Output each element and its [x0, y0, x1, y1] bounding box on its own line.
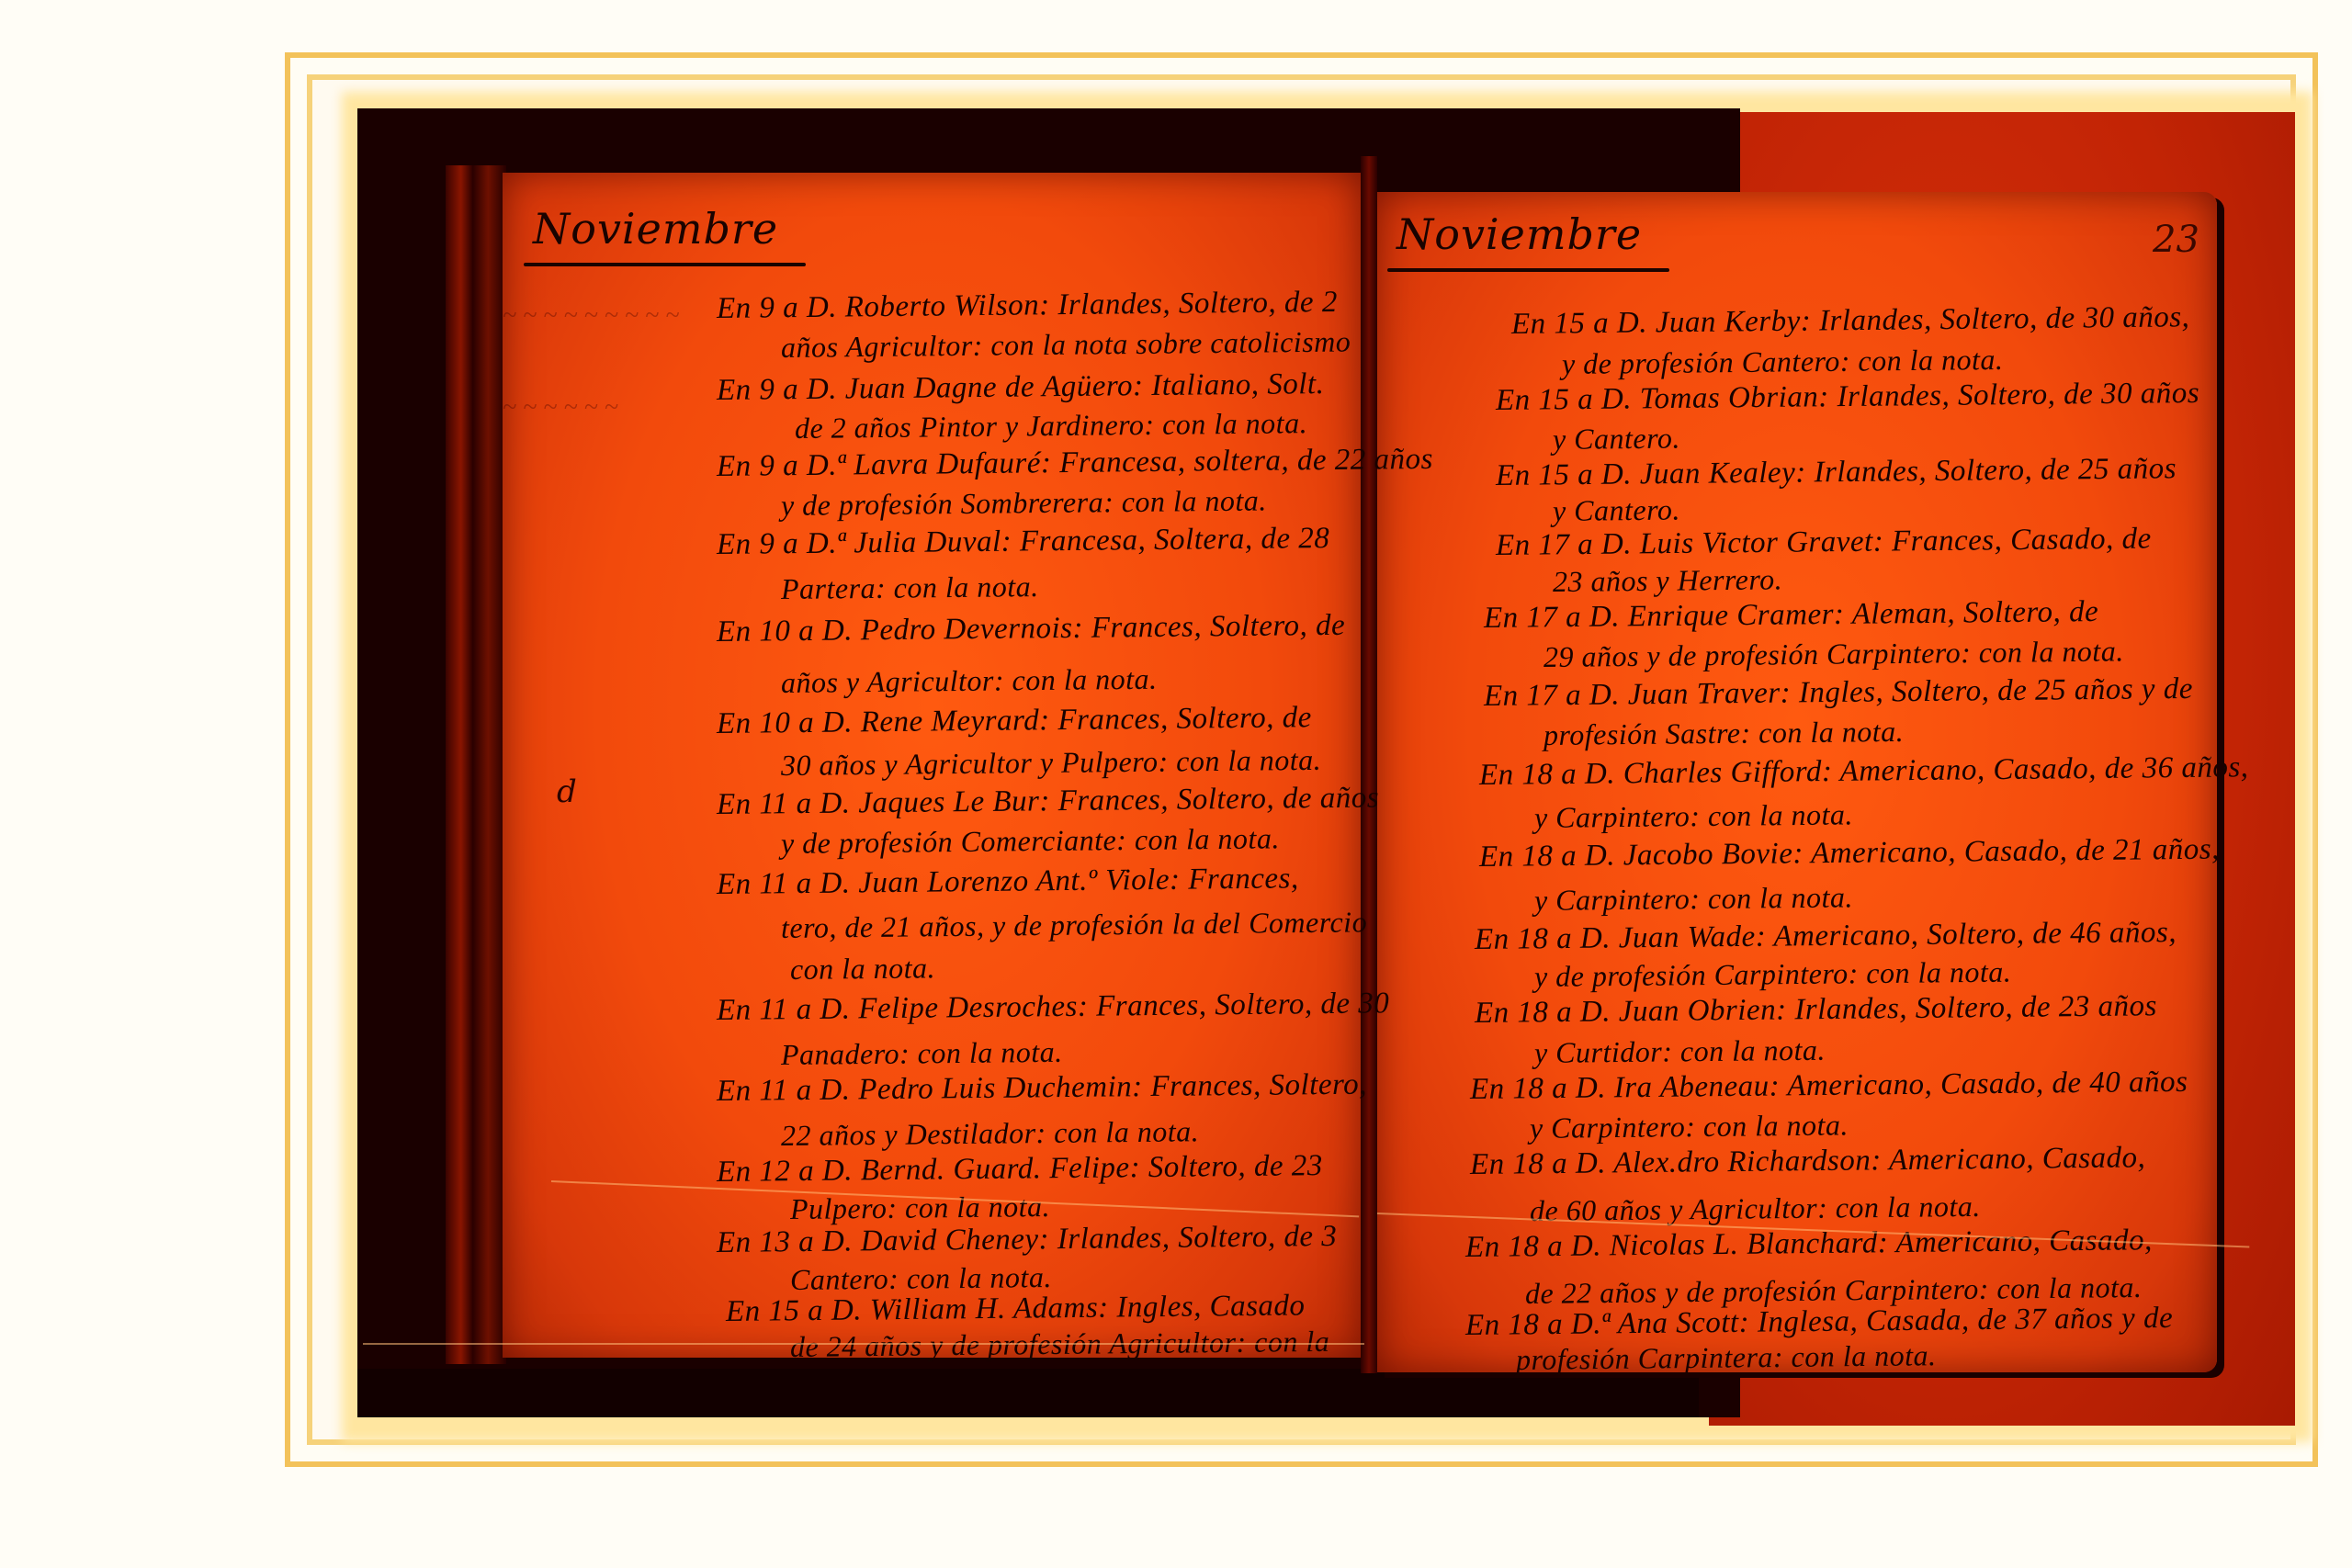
entry-line: En 11 a D. Felipe Desroches: Frances, So… [717, 987, 1390, 1028]
entry-line: En 10 a D. Rene Meyrard: Frances, Solter… [717, 701, 1312, 741]
book-spine-gutter [1361, 156, 1377, 1373]
entry-line: 29 años y de profesión Carpintero: con l… [1543, 634, 2124, 674]
entry-line: En 15 a D. Juan Kealey: Irlandes, Solter… [1496, 452, 2177, 493]
right-page-heading: Noviembre [1396, 209, 1642, 259]
entry-line: En 13 a D. David Cheney: Irlandes, Solte… [717, 1220, 1338, 1260]
scratch-line [363, 1343, 1364, 1345]
entry-line: y Carpintero: con la nota. [1534, 797, 1853, 835]
book-cover-edge [446, 165, 506, 1364]
entry-line: En 9 a D. Juan Dagne de Agüero: Italiano… [717, 367, 1325, 408]
entry-line: tero, de 21 años, y de profesión la del … [781, 905, 1367, 945]
entry-line: Pulpero: con la nota. [790, 1190, 1050, 1226]
entry-line: con la nota. [790, 951, 935, 987]
bleed-through-text: ~ ~ ~ ~ ~ ~ ~ ~ ~ [503, 301, 679, 331]
entry-line: y Cantero. [1553, 422, 1680, 457]
entry-line: y de profesión Sombrerera: con la nota. [781, 483, 1267, 523]
entry-line: En 15 a D. William H. Adams: Ingles, Cas… [726, 1289, 1306, 1329]
entry-line: En 15 a D. Juan Kerby: Irlandes, Soltero… [1511, 300, 2190, 342]
entry-line: En 12 a D. Bernd. Guard. Felipe: Soltero… [717, 1149, 1323, 1190]
entry-line: En 17 a D. Enrique Cramer: Aleman, Solte… [1484, 595, 2099, 636]
entry-line: En 9 a D.ª Julia Duval: Francesa, Solter… [717, 522, 1330, 562]
entry-line: años y Agricultor: con la nota. [781, 662, 1158, 700]
entry-line: En 17 a D. Luis Victor Gravet: Frances, … [1496, 523, 2152, 563]
entry-line: En 11 a D. Pedro Luis Duchemin: Frances,… [717, 1068, 1367, 1109]
dark-mount-lower-edge [357, 1369, 1699, 1417]
entry-line: profesión Carpintera: con la nota. [1516, 1338, 1937, 1377]
entry-line: 22 años y Destilador: con la nota. [781, 1114, 1200, 1153]
bleed-through-text: ~ ~ ~ ~ ~ ~ [503, 393, 618, 423]
entry-line: y Curtidor: con la nota. [1534, 1033, 1826, 1070]
entry-line: y Carpintero: con la nota. [1534, 880, 1853, 918]
entry-line: y Cantero. [1553, 493, 1680, 528]
entry-line: En 11 a D. Jaques Le Bur: Frances, Solte… [717, 781, 1380, 822]
entry-line: 30 años y Agricultor y Pulpero: con la n… [781, 743, 1322, 783]
entry-line: En 18 a D. Juan Obrien: Irlandes, Solter… [1475, 989, 2157, 1031]
entry-line: y Carpintero: con la nota. [1530, 1108, 1849, 1145]
left-margin-mark: d [557, 773, 577, 810]
entry-line: de 2 años Pintor y Jardinero: con la not… [795, 406, 1307, 446]
left-page-heading: Noviembre [533, 204, 778, 254]
entry-line: 23 años y Herrero. [1553, 562, 1783, 599]
entry-line: y de profesión Cantero: con la nota. [1562, 343, 2004, 381]
entry-line: En 10 a D. Pedro Devernois: Frances, Sol… [717, 609, 1346, 649]
entry-line: y de profesión Carpintero: con la nota. [1534, 955, 2012, 994]
entry-line: años Agricultor: con la nota sobre catol… [781, 325, 1351, 365]
entry-line: En 11 a D. Juan Lorenzo Ant.º Viole: Fra… [717, 862, 1299, 902]
entry-line: y de profesión Comerciante: con la nota. [781, 821, 1280, 861]
entry-line: Panadero: con la nota. [781, 1035, 1063, 1072]
entry-line: profesión Sastre: con la nota. [1543, 715, 1905, 752]
entry-line: Partera: con la nota. [781, 570, 1039, 606]
page-number: 23 [2153, 219, 2199, 261]
entry-line: En 18 a D. Alex.dro Richardson: American… [1470, 1141, 2146, 1182]
entry-line: En 9 a D. Roberto Wilson: Irlandes, Solt… [717, 286, 1338, 326]
